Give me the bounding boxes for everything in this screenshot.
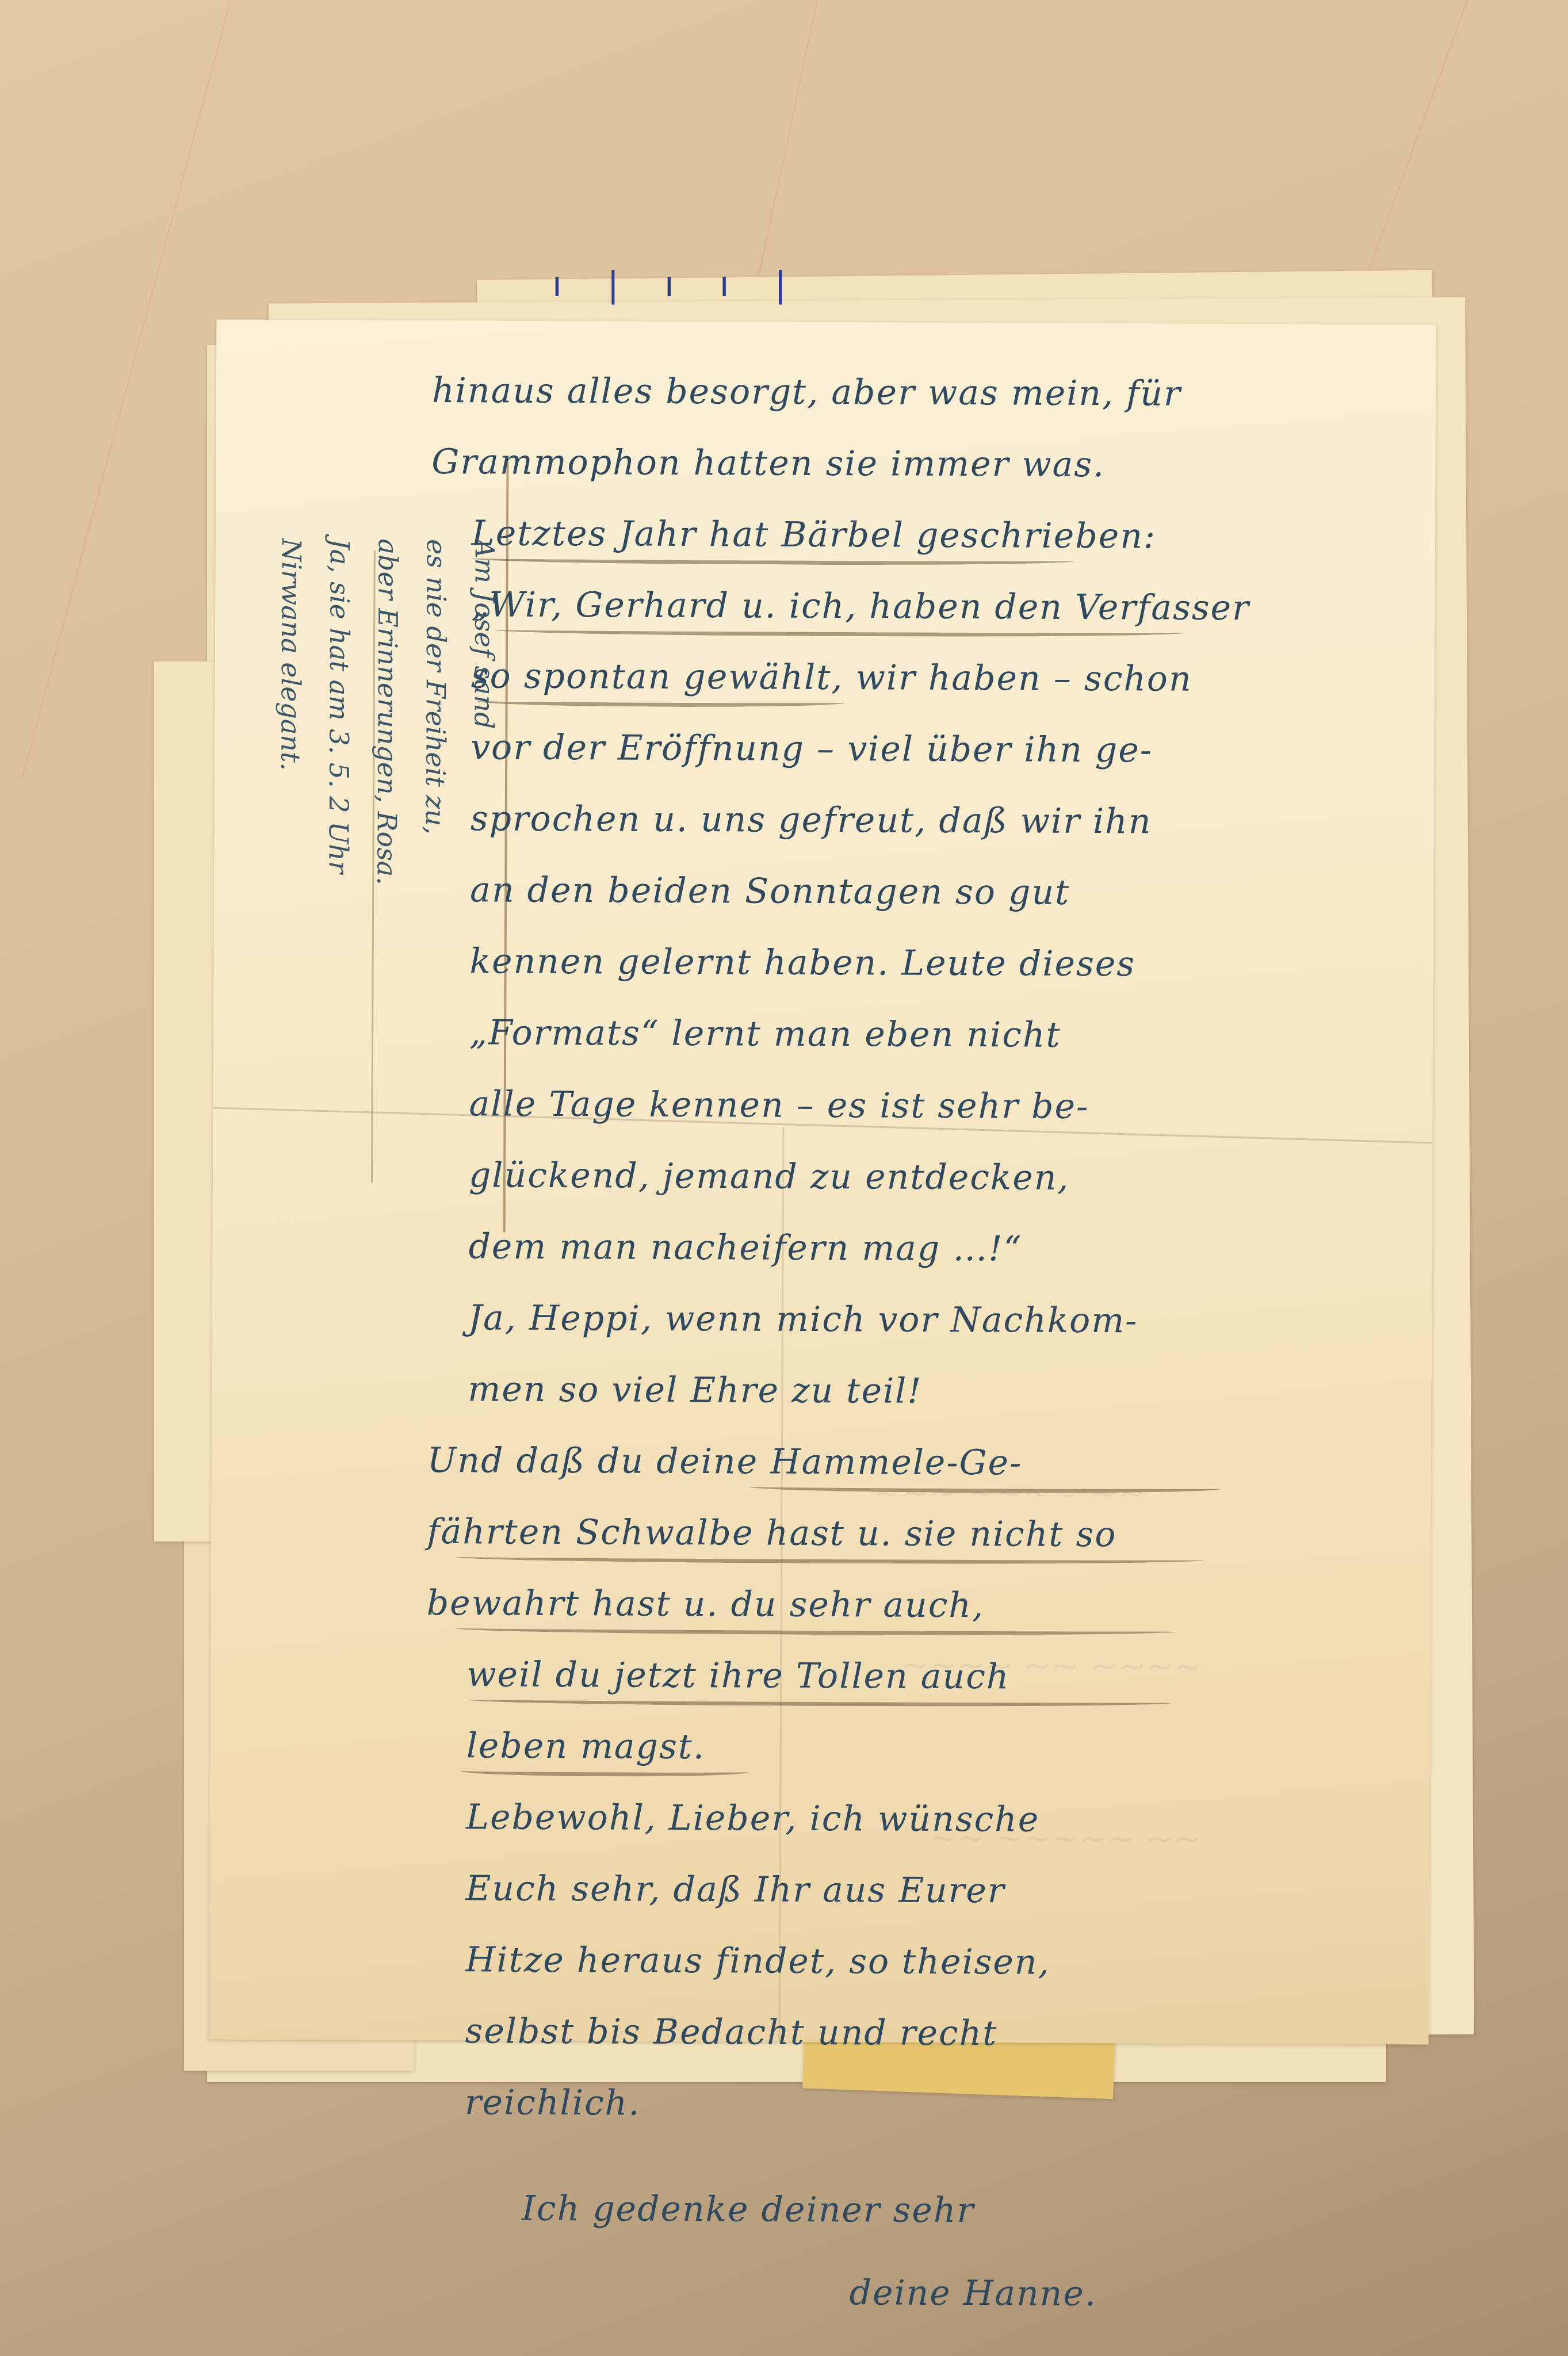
letter-line: Und daß du deine Hammele-Ge-	[427, 1425, 1406, 1500]
letter-line: dem man nacheifern mag …!“	[428, 1211, 1406, 1286]
closing-line: Ich gedenke deiner sehr	[424, 2173, 1402, 2248]
margin-note-line: Ja, sie hat am 3. 5. 2 Uhr	[313, 538, 364, 1114]
letter-line: bewahrt hast u. du sehr auch,	[427, 1567, 1405, 1643]
margin-note-line: Am Josef sand	[458, 539, 509, 1114]
signature: deine Hanne.	[423, 2255, 1402, 2331]
letter-line: Letztes Jahr hat Bärbel geschrieben:	[431, 498, 1410, 573]
letter-line: men so viel Ehre zu teil!	[427, 1353, 1406, 1429]
letter-line: leben magst.	[426, 1710, 1404, 1785]
margin-note-line: aber Erinnerungen, Rosa.	[362, 539, 412, 1114]
margin-note-line: Nirwana elegant.	[265, 538, 316, 1114]
margin-note-line: es nie der Freiheit zu,	[410, 539, 461, 1114]
vertical-margin-note: Am Josef sand es nie der Freiheit zu, ab…	[265, 538, 509, 1115]
letter-line: Grammophon hatten sie immer was.	[431, 426, 1410, 502]
top-sheet-marks: ı | ı ı |	[552, 265, 804, 305]
letter-line: glückend, jemand zu entdecken,	[429, 1139, 1407, 1215]
letter-line: fährten Schwalbe hast u. sie nicht so	[427, 1496, 1405, 1571]
letter-line: „Formats“ lernt man eben nicht	[429, 997, 1408, 1072]
letter-line: hinaus alles besorgt, aber was mein, für	[432, 355, 1410, 430]
letter-line: Ja, Heppi, wenn mich vor Nachkom-	[428, 1282, 1406, 1357]
letter-line: vor der Eröffnung – viel über ihn ge-	[430, 712, 1409, 787]
letter-body: hinaus alles besorgt, aber was mein, für…	[423, 355, 1410, 2331]
letter-page: ~~~ ~~~~ ~~ ~~~~ ~~ ~~~~ ~~ ~~~~~ ~~ hin…	[209, 319, 1436, 2044]
letter-line: so spontan gewählt, wir haben – schon	[431, 640, 1409, 716]
letter-line: an den beiden Sonntagen so gut	[430, 854, 1408, 930]
letter-line: kennen gelernt haben. Leute dieses	[429, 925, 1408, 1001]
letter-line: Euch sehr, daß Ihr aus Eurer	[425, 1853, 1403, 1928]
letter-line: Hitze heraus findet, so theisen,	[425, 1924, 1403, 1999]
letter-line: selbst bis Bedacht und recht	[424, 1995, 1403, 2071]
letter-line: sprochen u. uns gefreut, daß wir ihn	[430, 783, 1408, 858]
letter-line: reichlich.	[424, 2067, 1403, 2142]
letter-line: Lebewohl, Lieber, ich wünsche	[426, 1781, 1404, 1857]
letter-line: alle Tage kennen – es ist sehr be-	[429, 1068, 1407, 1143]
letter-line: weil du jetzt ihre Tollen auch	[426, 1639, 1405, 1714]
letter-line: „Wir, Gerhard u. ich, haben den Verfasse…	[431, 569, 1409, 644]
